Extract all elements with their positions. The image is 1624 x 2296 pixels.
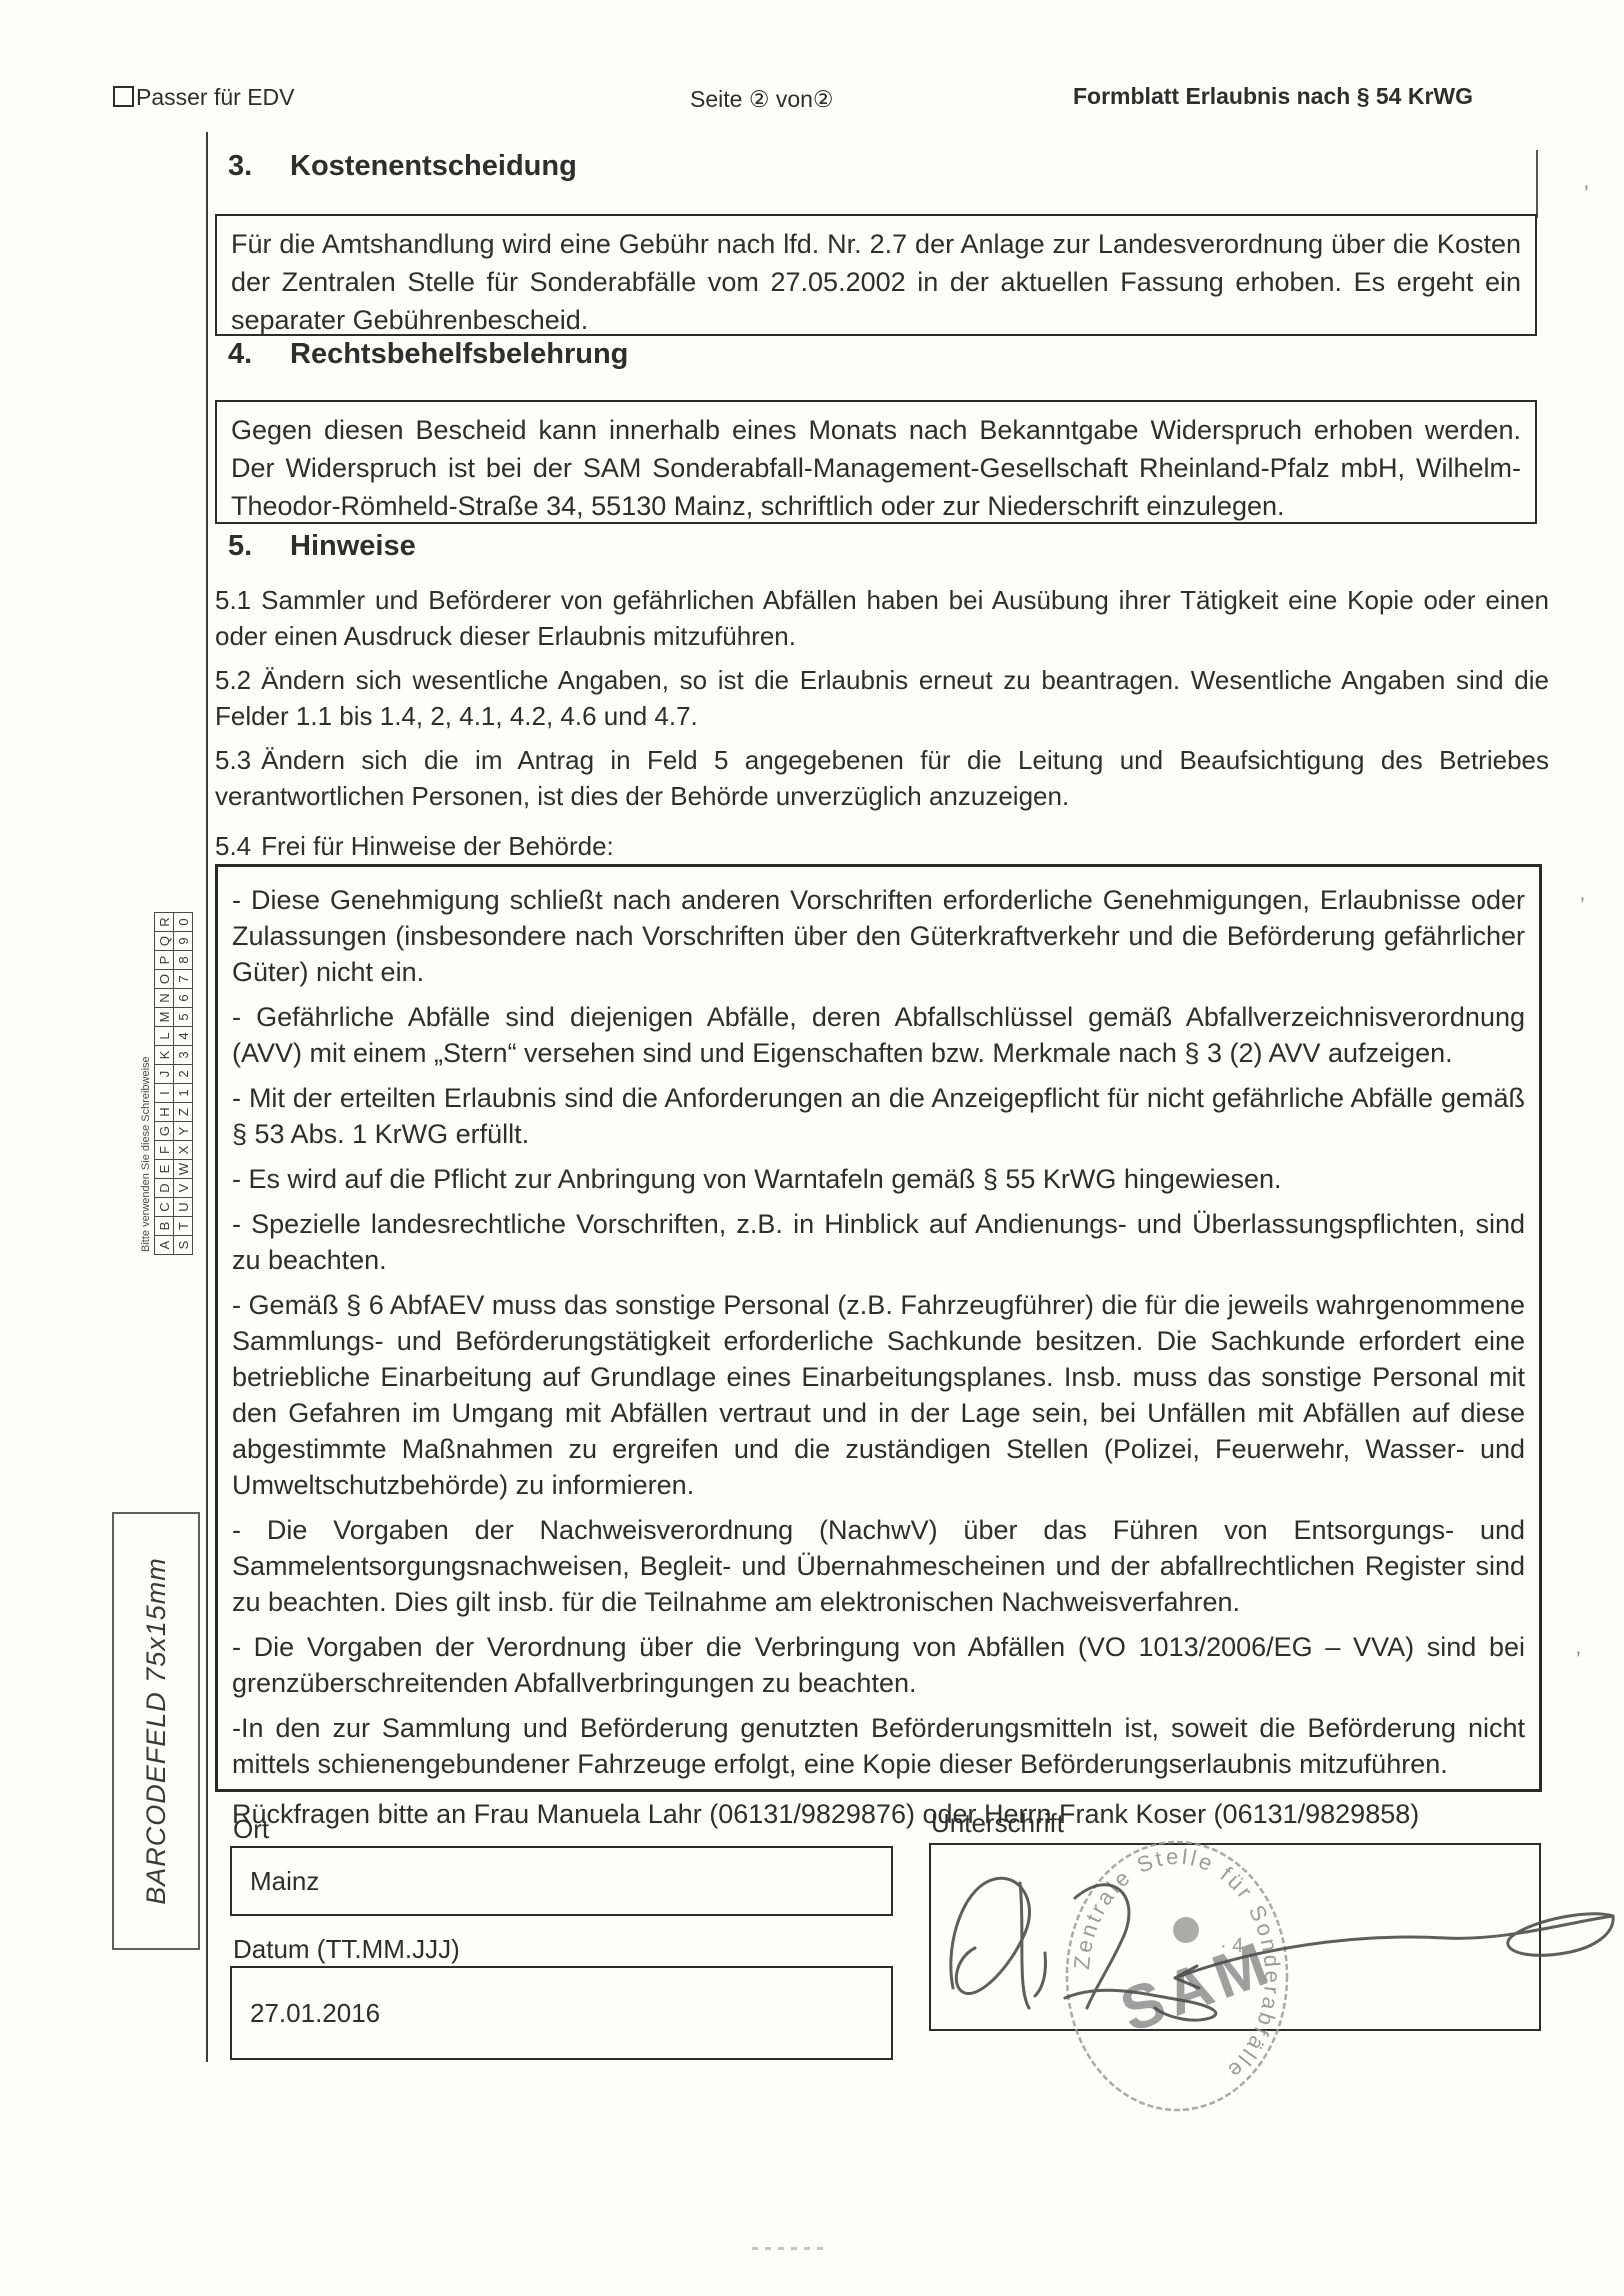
header-left: Passer für EDV	[113, 84, 295, 111]
note-item: - Die Vorgaben der Verordnung über die V…	[232, 1629, 1525, 1701]
letter-guide-caption: Bitte verwenden Sie diese Schreibweise	[140, 872, 152, 1252]
note-item: - Mit der erteilten Erlaubnis sind die A…	[232, 1080, 1525, 1152]
section-5-number: 5.	[228, 530, 290, 563]
datum-value: 27.01.2016	[250, 1998, 380, 2029]
datum-label: Datum (TT.MM.JJJ)	[233, 1934, 460, 1965]
letter-cell: 0	[173, 912, 193, 932]
note-item: - Gefährliche Abfälle sind diejenigen Ab…	[232, 999, 1525, 1071]
letter-cell: 7	[173, 969, 193, 989]
letter-cell: H	[154, 1102, 174, 1122]
section-4-box: Gegen diesen Bescheid kann innerhalb ein…	[215, 400, 1537, 524]
letter-cell: E	[154, 1159, 174, 1179]
scan-speck: ’	[1584, 182, 1589, 206]
hint-number: 5.4	[215, 831, 251, 861]
letter-cell: A	[154, 1235, 174, 1255]
letter-guide-widget: Bitte verwenden Sie diese Schreibweise A…	[140, 872, 206, 1256]
letter-cell: I	[154, 1083, 174, 1103]
letter-cell: G	[154, 1121, 174, 1141]
signature-scribble	[925, 1838, 1624, 2068]
section-4-body: Gegen diesen Bescheid kann innerhalb ein…	[231, 411, 1521, 525]
unterschrift-label: Unterschrift	[931, 1808, 1064, 1839]
letter-cell: 9	[173, 931, 193, 951]
letter-cell: 3	[173, 1045, 193, 1065]
hint-5-3: 5.3Ändern sich die im Antrag in Feld 5 a…	[215, 742, 1549, 814]
letter-cell: 1	[173, 1083, 193, 1103]
letter-cell: T	[173, 1216, 193, 1236]
section-4-heading: 4. Rechtsbehelfsbelehrung	[228, 338, 628, 371]
letter-cell: D	[154, 1178, 174, 1198]
ort-label: Ort	[233, 1814, 269, 1845]
hint-number: 5.3	[215, 745, 251, 775]
checkbox-icon	[113, 86, 134, 107]
section-5-title: Hinweise	[290, 530, 416, 563]
letter-cell: W	[173, 1159, 193, 1179]
note-item: - Die Vorgaben der Nachweisverordnung (N…	[232, 1512, 1525, 1620]
authority-notes-box: - Diese Genehmigung schließt nach andere…	[215, 864, 1542, 1792]
hint-5-4: 5.4Frei für Hinweise der Behörde:	[215, 828, 1549, 864]
letter-cell: 6	[173, 988, 193, 1008]
hint-text: Frei für Hinweise der Behörde:	[261, 831, 614, 861]
header-left-label: Passer für EDV	[136, 84, 295, 110]
letter-cell: B	[154, 1216, 174, 1236]
letter-cell: S	[173, 1235, 193, 1255]
section-4-number: 4.	[228, 338, 290, 371]
note-item: - Diese Genehmigung schließt nach andere…	[232, 882, 1525, 990]
letter-cell: P	[154, 950, 174, 970]
letter-cell: X	[173, 1140, 193, 1160]
barcode-field: BARCODEFELD 75x15mm	[112, 1512, 200, 1950]
hint-text: Sammler und Beförderer von gefährlichen …	[215, 585, 1549, 651]
letter-cell: V	[173, 1178, 193, 1198]
letter-cell: N	[154, 988, 174, 1008]
hint-5-1: 5.1Sammler und Beförderer von gefährlich…	[215, 582, 1549, 654]
left-margin-rule	[206, 132, 208, 2062]
letter-cell: C	[154, 1197, 174, 1217]
scan-artifact-line	[1536, 150, 1538, 218]
section-3-body: Für die Amtshandlung wird eine Gebühr na…	[231, 225, 1521, 339]
hint-5-2: 5.2Ändern sich wesentliche Angaben, so i…	[215, 662, 1549, 734]
hint-number: 5.1	[215, 585, 251, 615]
page-indicator: Seite ② von②	[690, 86, 834, 113]
letter-cell: Q	[154, 931, 174, 951]
letter-cell: 5	[173, 1007, 193, 1027]
letter-guide-row-2: STUVWXYZ1234567890	[173, 872, 193, 1254]
letter-cell: J	[154, 1064, 174, 1084]
hint-text: Ändern sich wesentliche Angaben, so ist …	[215, 665, 1549, 731]
section-3-number: 3.	[228, 150, 290, 183]
scanned-form-page: Passer für EDV Seite ② von② Formblatt Er…	[0, 0, 1624, 2296]
scan-dotted-mark	[752, 2247, 830, 2250]
letter-cell: M	[154, 1007, 174, 1027]
letter-cell: F	[154, 1140, 174, 1160]
ort-value: Mainz	[250, 1866, 319, 1897]
form-title: Formblatt Erlaubnis nach § 54 KrWG	[1073, 83, 1473, 110]
contact-line: Rückfragen bitte an Frau Manuela Lahr (0…	[232, 1796, 1525, 1832]
letter-guide-row-1: ABCDEFGHIJKLMNOPQR	[154, 872, 174, 1254]
barcode-label: BARCODEFELD 75x15mm	[114, 1514, 198, 1948]
scan-speck: ’	[1580, 894, 1585, 918]
notes-list: - Diese Genehmigung schließt nach andere…	[232, 882, 1525, 1782]
letter-cell: Y	[173, 1121, 193, 1141]
note-item: - Es wird auf die Pflicht zur Anbringung…	[232, 1161, 1525, 1197]
section-4-title: Rechtsbehelfsbelehrung	[290, 338, 628, 371]
section-3-box: Für die Amtshandlung wird eine Gebühr na…	[215, 214, 1537, 336]
hint-text: Ändern sich die im Antrag in Feld 5 ange…	[215, 745, 1549, 811]
letter-cell: 4	[173, 1026, 193, 1046]
section-3-title: Kostenentscheidung	[290, 150, 577, 183]
note-item: -In den zur Sammlung und Beförderung gen…	[232, 1710, 1525, 1782]
letter-cell: O	[154, 969, 174, 989]
letter-cell: R	[154, 912, 174, 932]
letter-cell: K	[154, 1045, 174, 1065]
scan-speck: ’	[1576, 1648, 1581, 1672]
ort-field: Mainz	[230, 1846, 893, 1916]
datum-field: 27.01.2016	[230, 1966, 893, 2060]
letter-cell: L	[154, 1026, 174, 1046]
section-3-heading: 3. Kostenentscheidung	[228, 150, 577, 183]
letter-cell: 2	[173, 1064, 193, 1084]
letter-cell: Z	[173, 1102, 193, 1122]
note-item: - Gemäß § 6 AbfAEV muss das sonstige Per…	[232, 1287, 1525, 1503]
hint-number: 5.2	[215, 665, 251, 695]
letter-cell: 8	[173, 950, 193, 970]
section-5-heading: 5. Hinweise	[228, 530, 416, 563]
letter-cell: U	[173, 1197, 193, 1217]
note-item: - Spezielle landesrechtliche Vorschrifte…	[232, 1206, 1525, 1278]
